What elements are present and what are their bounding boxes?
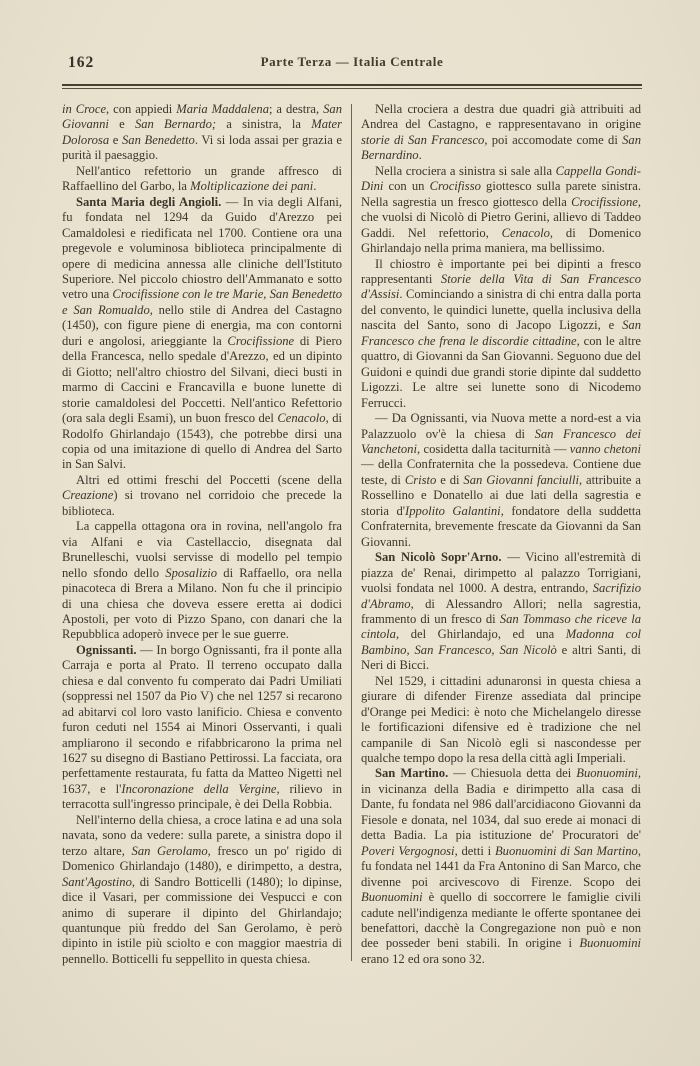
paragraph: — Da Ognissanti, via Nuova mette a nord-…	[361, 411, 641, 550]
text-segment: .	[313, 179, 316, 193]
text-segment: , poi accomodate come di	[484, 133, 622, 147]
text-segment: San Giovanni fanciulli	[463, 473, 579, 487]
left-column: in Croce, con appiedi Maria Maddalena; a…	[62, 102, 342, 967]
text-segment: Cenacolo	[277, 411, 325, 425]
text-segment: e	[109, 117, 135, 131]
text-segment: Crocifisso	[430, 179, 481, 193]
text-block: 162 Parte Terza — Italia Centrale in Cro…	[62, 54, 642, 967]
paragraph: Santa Maria degli Angioli. — In via degl…	[62, 195, 342, 473]
text-segment: in Croce	[62, 102, 106, 116]
text-segment: Cenacolo	[502, 226, 550, 240]
column-divider	[351, 104, 352, 961]
text-segment: San Gerolamo	[132, 844, 208, 858]
paragraph: La cappella ottagona ora in rovina, nell…	[62, 519, 342, 643]
text-segment: , del Ghirlandajo, ed una	[396, 627, 566, 641]
text-segment: Maria Maddalena	[176, 102, 269, 116]
paragraph: Nell'interno della chiesa, a croce latin…	[62, 813, 342, 968]
text-segment: San Martino.	[375, 766, 448, 780]
paragraph: in Croce, con appiedi Maria Maddalena; a…	[62, 102, 342, 164]
text-segment: San Benedetto	[122, 133, 195, 147]
text-segment: Altri ed ottimi freschi del Poccetti (sc…	[76, 473, 342, 487]
text-segment: Incoronazione della Vergine	[121, 782, 276, 796]
text-segment: erano 12 ed ora sono 32.	[361, 952, 485, 966]
paragraph: Il chiostro è importante pei bei dipinti…	[361, 257, 641, 412]
text-segment: Nella crociera a destra due quadri già a…	[361, 102, 641, 131]
text-segment: .	[419, 148, 422, 162]
text-segment: Ippolito Galantini	[405, 504, 501, 518]
text-segment: Cristo	[405, 473, 437, 487]
text-segment: Santa Maria degli Angioli.	[76, 195, 221, 209]
text-segment: San Bernardo;	[135, 117, 216, 131]
text-segment: — In via degli Alfani, fu fondata nel 12…	[62, 195, 342, 302]
text-segment: Buonuomini	[576, 766, 638, 780]
text-segment: . Cominciando a sinistra di chi entra da…	[361, 287, 641, 332]
text-segment: Nel 1529, i cittadini adunaronsi in ques…	[361, 674, 641, 765]
text-segment: Sposalizio	[165, 566, 217, 580]
text-segment: Creazione	[62, 488, 113, 502]
text-segment: San Nicolò Sopr'Arno.	[375, 550, 502, 564]
text-segment: Buonuomini di San Martino	[495, 844, 638, 858]
text-segment: — Chiesuola detta dei	[448, 766, 576, 780]
paragraph: Nell'antico refettorio un grande affresc…	[62, 164, 342, 195]
paragraph: Nel 1529, i cittadini adunaronsi in ques…	[361, 674, 641, 767]
page-number: 162	[68, 54, 94, 72]
running-title: Parte Terza — Italia Centrale	[62, 54, 642, 70]
two-column-text: in Croce, con appiedi Maria Maddalena; a…	[62, 102, 642, 967]
text-segment: , detti i	[455, 844, 495, 858]
page-header: 162 Parte Terza — Italia Centrale	[62, 54, 642, 76]
text-segment: ; a destra,	[269, 102, 323, 116]
right-column: Nella crociera a destra due quadri già a…	[361, 102, 641, 967]
text-segment: Moltiplicazione dei pani	[190, 179, 313, 193]
text-segment: con un	[383, 179, 429, 193]
text-segment: e	[109, 133, 122, 147]
paragraph: Ognissanti. — In borgo Ognissanti, fra i…	[62, 643, 342, 813]
text-segment: Buonuomini	[361, 890, 423, 904]
paragraph: San Nicolò Sopr'Arno. — Vicino all'estre…	[361, 550, 641, 674]
text-segment: Poveri Vergognosi	[361, 844, 455, 858]
text-segment: , con appiedi	[106, 102, 176, 116]
text-segment: Ognissanti.	[76, 643, 137, 657]
text-segment: vanno chetoni	[570, 442, 641, 456]
text-segment: Sant'Agostino	[62, 875, 132, 889]
text-segment: — In borgo Ognissanti, fra il ponte alla…	[62, 643, 342, 796]
text-segment: Crocifissione	[571, 195, 638, 209]
text-segment: a sinistra, la	[216, 117, 311, 131]
book-page: 162 Parte Terza — Italia Centrale in Cro…	[0, 0, 700, 1066]
paragraph: Altri ed ottimi freschi del Poccetti (sc…	[62, 473, 342, 519]
paragraph: Nella crociera a destra due quadri già a…	[361, 102, 641, 164]
text-segment: Buonuomini	[579, 936, 641, 950]
text-segment: storie di San Francesco	[361, 133, 484, 147]
text-segment: , cosidetta dalla taciturnità —	[417, 442, 570, 456]
text-segment: e di	[436, 473, 463, 487]
paragraph: Nella crociera a sinistra si sale alla C…	[361, 164, 641, 257]
text-segment: Crocifissione	[227, 334, 294, 348]
text-segment: Nella crociera a sinistra si sale alla	[375, 164, 556, 178]
paragraph: San Martino. — Chiesuola detta dei Buonu…	[361, 766, 641, 967]
header-rule	[62, 84, 642, 89]
